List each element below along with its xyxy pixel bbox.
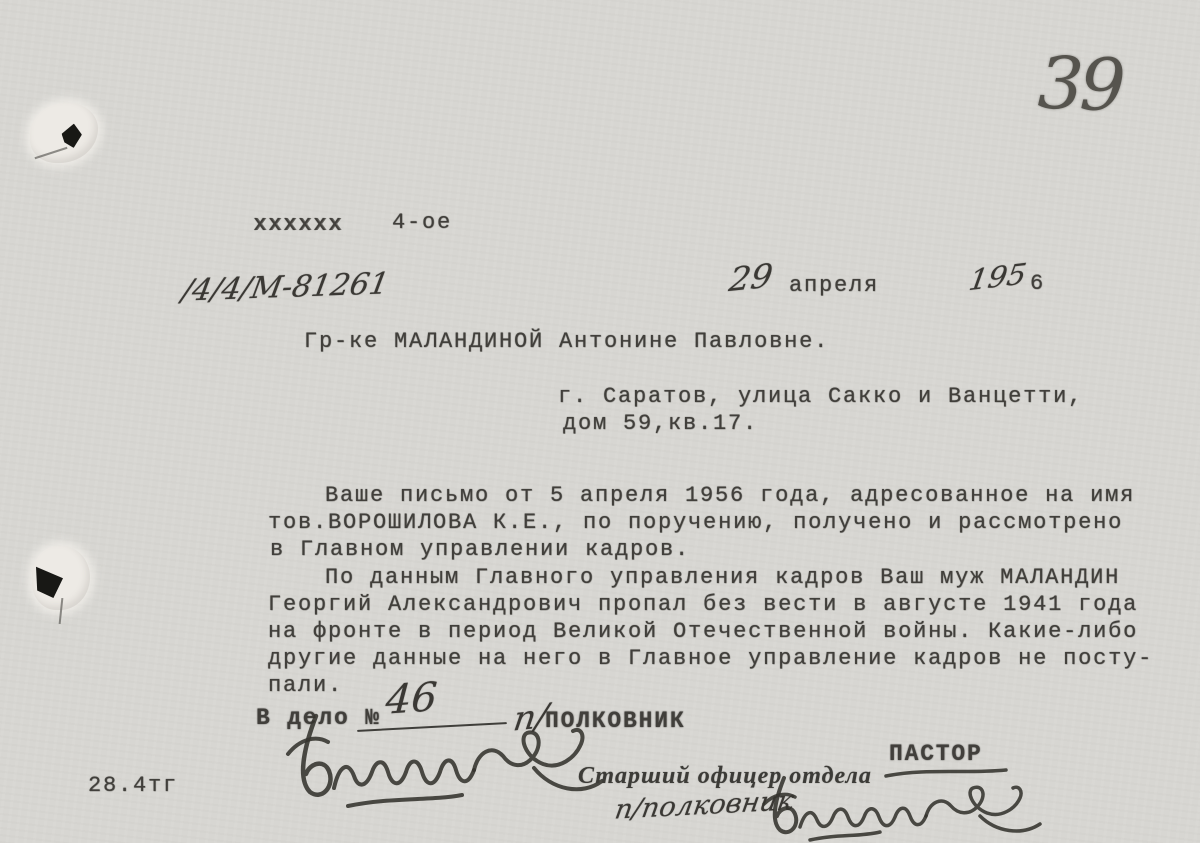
body-line: в Главном управлении кадров. [270,537,690,562]
copy-note: 4-ое [392,210,452,235]
date-day: 29 [727,256,775,299]
body-line: Ваше письмо от 5 апреля 1956 года, адрес… [325,483,1135,508]
address-line-1: г. Саратов, улица Сакко и Ванцетти, [558,384,1083,409]
crossed-out-text: хххххх [253,212,343,237]
date-year-written: 6 [1030,271,1045,296]
signature-scrawl-large [282,708,612,816]
body-line: Георгий Александрович пропал без вести в… [268,592,1138,617]
reference-number: /4/4/М-81261 [179,266,391,308]
body-line: По данным Главного управления кадров Ваш… [325,565,1120,590]
surname-stamp: ПАСТОР [889,741,983,767]
date-month: апреля [789,273,879,298]
date-year-printed: 195 [966,257,1028,297]
signature-scrawl-small [758,772,1058,843]
page-number-pencil: 39 [1037,41,1124,128]
body-line: тов.ВОРОШИЛОВА К.Е., по поручению, получ… [268,510,1123,535]
body-line: пали. [268,673,343,698]
typist-date-code: 28.4тг [88,773,178,798]
scanned-letter: 39 хххххх 4-ое /4/4/М-81261 29 апреля 19… [0,0,1200,843]
body-line: другие данные на него в Главное управлен… [268,646,1153,671]
body-line: на фронте в период Великой Отечественной… [268,619,1138,644]
addressee-line: Гр-ке МАЛАНДИНОЙ Антонине Павловне. [304,329,829,354]
address-line-2: дом 59,кв.17. [563,411,758,436]
